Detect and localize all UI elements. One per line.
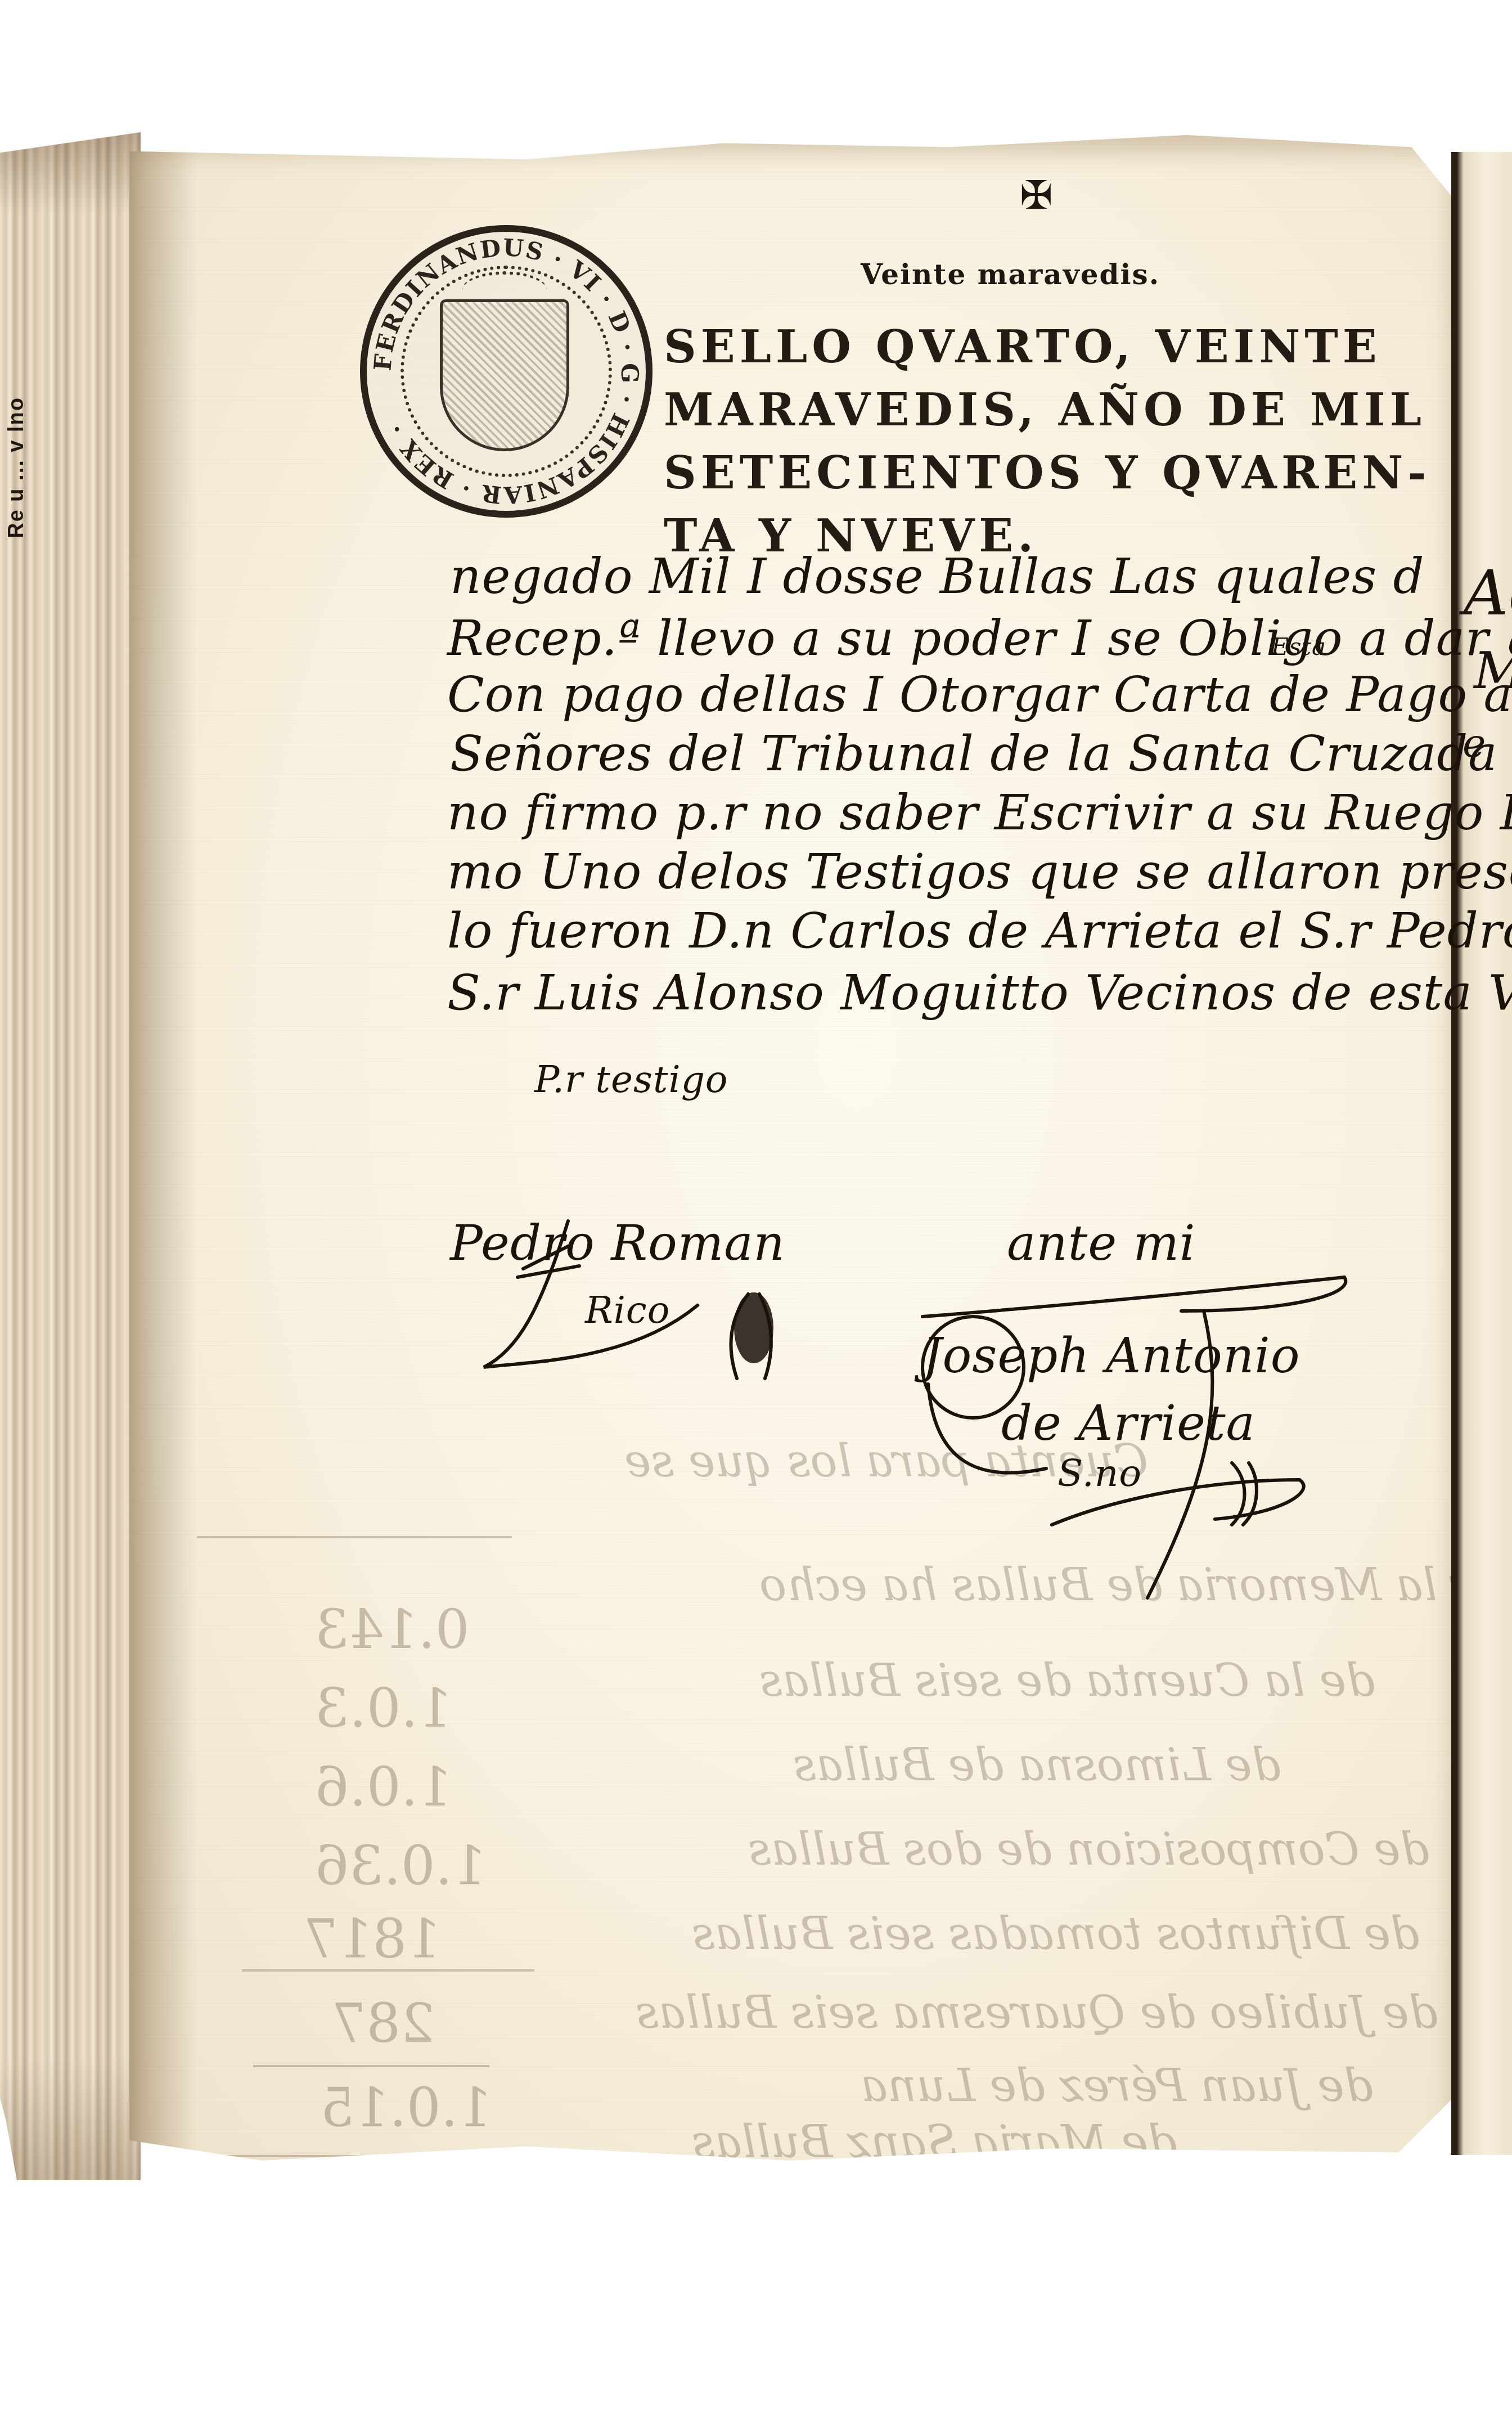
signature-flourishes bbox=[0, 0, 1512, 2434]
